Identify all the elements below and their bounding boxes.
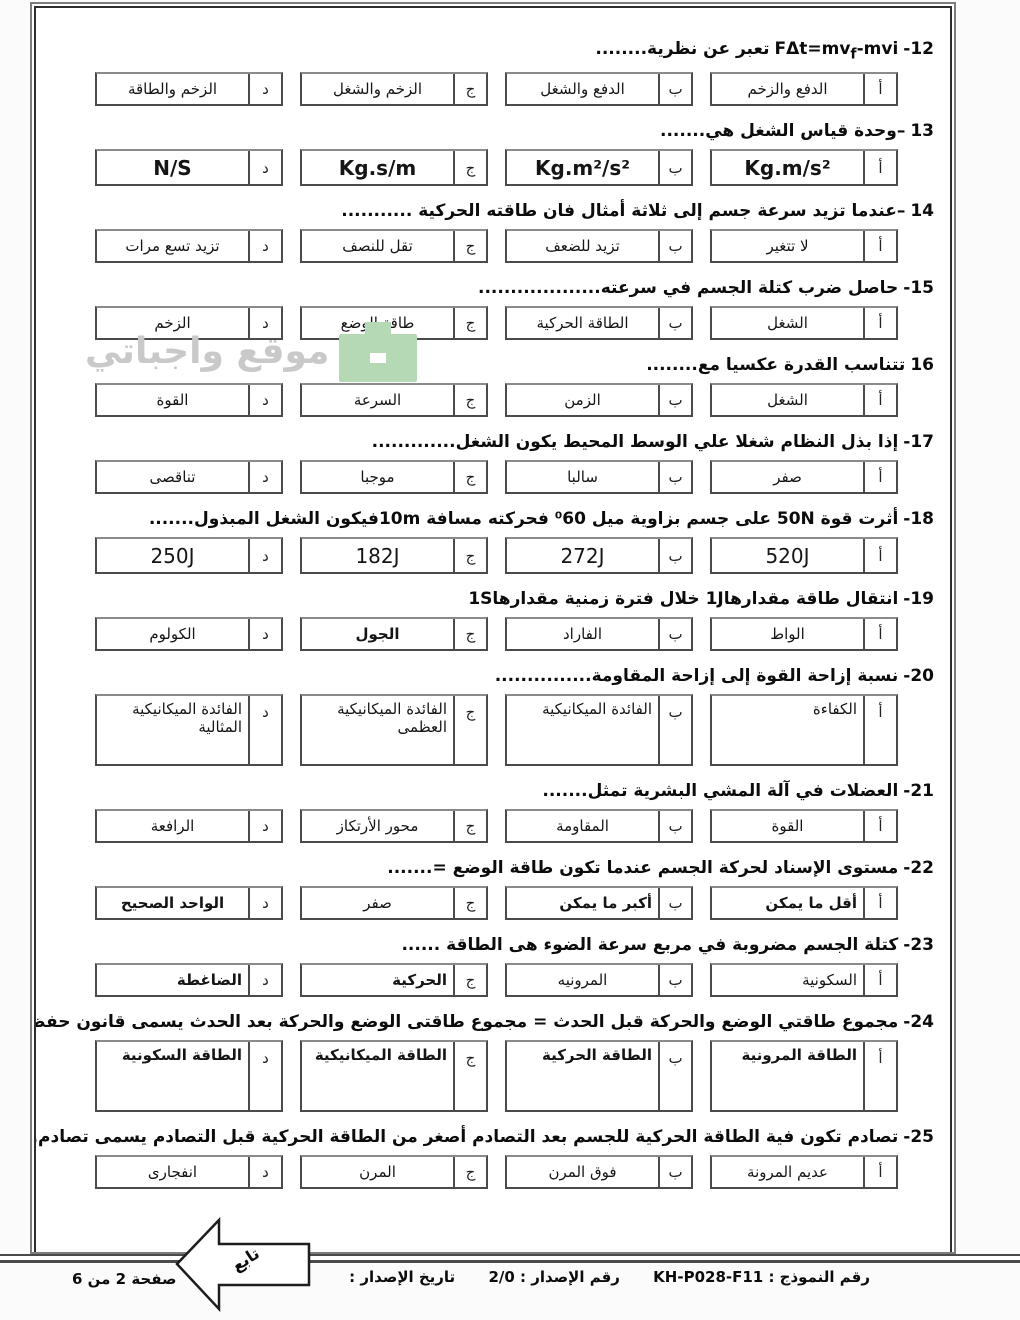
option-text: الشغل	[712, 385, 863, 415]
question-text: حاصل ضرب كتلة الجسم في سرعته............…	[478, 278, 898, 298]
option-text: المرونيه	[507, 965, 658, 995]
option-letter: ب	[658, 462, 691, 492]
option-text: صفر	[302, 888, 453, 918]
option-text: الفائدة الميكانيكية	[507, 696, 658, 764]
option-text: الزخم والطاقة	[97, 74, 248, 104]
option-q14-أ[interactable]: ألا تتغير	[710, 229, 898, 263]
question-number: -23	[903, 935, 934, 955]
question-q24: -24مجموع طاقتي الوضع والحركة قبل الحدث =…	[46, 1011, 940, 1112]
option-q16-د[interactable]: دالقوة	[95, 383, 283, 417]
option-q25-أ[interactable]: أعديم المرونة	[710, 1155, 898, 1189]
option-q24-أ[interactable]: أالطاقة المرونية	[710, 1040, 898, 1112]
option-text: تزيد تسع مرات	[97, 231, 248, 261]
question-header: -18أثرت قوة 50N على جسم بزاوية ميل ⁰60 ف…	[46, 508, 934, 530]
option-letter: أ	[863, 74, 896, 104]
option-q12-ج[interactable]: جالزخم والشغل	[300, 72, 488, 106]
option-q23-أ[interactable]: أالسكونية	[710, 963, 898, 997]
option-q13-د[interactable]: دN/S	[95, 149, 283, 186]
option-letter: ب	[658, 151, 691, 184]
option-text: تزيد للضعف	[507, 231, 658, 261]
option-text: طاقة الوضع	[302, 308, 453, 338]
question-header: -12FΔt=mvf-mviتعبر عن نظرية........	[46, 38, 934, 65]
option-text: Kg.m²/s²	[507, 151, 658, 184]
option-text: السكونية	[712, 965, 863, 995]
footer-info: رقم النموذج : KH-P028-F11 رقم الإصدار : …	[321, 1268, 870, 1286]
question-q13: 13–وحدة قياس الشغل هي.......أKg.m/s²بKg.…	[46, 120, 940, 186]
question-q22: -22مستوى الإسناد لحركة الجسم عندما تكون …	[46, 857, 940, 920]
option-q20-ج[interactable]: جالفائدة الميكانيكية العظمى	[300, 694, 488, 766]
question-header: 13–وحدة قياس الشغل هي.......	[46, 120, 934, 142]
options-row: أالشغلبالزمنجالسرعةدالقوة	[86, 383, 898, 417]
option-text: أكبر ما يمكن	[507, 888, 658, 918]
option-letter: أ	[863, 888, 896, 918]
question-q21: -21العضلات في آلة المشي البشرية تمثل....…	[46, 780, 940, 843]
option-letter: د	[248, 619, 281, 649]
question-number: -12	[903, 39, 934, 59]
option-letter: ج	[453, 462, 486, 492]
question-number: -24	[903, 1012, 934, 1032]
option-q20-ب[interactable]: بالفائدة الميكانيكية	[505, 694, 693, 766]
question-text: تصادم تكون فية الطاقة الحركية للجسم بعد …	[34, 1127, 898, 1147]
option-letter: د	[248, 539, 281, 572]
question-text: إذا بذل النظام شغلا علي الوسط المحيط يكو…	[372, 432, 899, 452]
question-text: –عندما تزيد سرعة جسم إلى ثلاثة أمثال فان…	[341, 201, 905, 221]
option-q24-ب[interactable]: بالطاقة الحركية	[505, 1040, 693, 1112]
option-letter: ب	[658, 696, 691, 764]
option-text: 250J	[97, 539, 248, 572]
options-row: أالكفاءةبالفائدة الميكانيكيةجالفائدة الم…	[86, 694, 898, 766]
option-q19-ج[interactable]: جالجول	[300, 617, 488, 651]
question-text: انتقال طاقة مقدارها1J خلال فترة زمنية مق…	[468, 589, 898, 609]
option-letter: ج	[453, 888, 486, 918]
question-header: -17إذا بذل النظام شغلا علي الوسط المحيط …	[46, 431, 934, 453]
option-text: الدفع والزخم	[712, 74, 863, 104]
option-q21-ج[interactable]: جمحور الأرتكاز	[300, 809, 488, 843]
option-letter: ج	[453, 965, 486, 995]
option-q17-أ[interactable]: أصفر	[710, 460, 898, 494]
option-letter: أ	[863, 965, 896, 995]
option-text: الزخم	[97, 308, 248, 338]
option-text: الطاقة الحركية	[507, 308, 658, 338]
option-q25-ج[interactable]: جالمرن	[300, 1155, 488, 1189]
page-frame-inner: -12FΔt=mvf-mviتعبر عن نظرية........أالدف…	[34, 6, 952, 1252]
option-text: سالبا	[507, 462, 658, 492]
option-letter: ج	[453, 308, 486, 338]
question-header: -20نسبة إزاحة القوة إلى إزاحة المقاومة..…	[46, 665, 934, 687]
option-letter: أ	[863, 1042, 896, 1110]
option-letter: ب	[658, 888, 691, 918]
question-text: تعبر عن نظرية........	[595, 39, 769, 59]
option-q23-ج[interactable]: جالحركية	[300, 963, 488, 997]
option-text: الشغل	[712, 308, 863, 338]
question-header: 16تتناسب القدرة عكسيا مع........	[46, 354, 934, 376]
option-q25-د[interactable]: دانفجارى	[95, 1155, 283, 1189]
option-text: 182J	[302, 539, 453, 572]
footer-issue-date: تاريخ الإصدار :	[349, 1268, 455, 1286]
option-letter: أ	[863, 619, 896, 649]
option-text: الواط	[712, 619, 863, 649]
option-text: الطاقة الحركية	[507, 1042, 658, 1110]
question-text: مجموع طاقتي الوضع والحركة قبل الحدث = مج…	[34, 1012, 898, 1032]
options-row: أصفربسالباجموجبادتناقصى	[86, 460, 898, 494]
question-q12: -12FΔt=mvf-mviتعبر عن نظرية........أالدف…	[46, 38, 940, 106]
question-q15: -15حاصل ضرب كتلة الجسم في سرعته.........…	[46, 277, 940, 340]
option-letter: د	[248, 1157, 281, 1187]
question-number: -20	[903, 666, 934, 686]
option-letter: د	[248, 308, 281, 338]
question-text: تتناسب القدرة عكسيا مع........	[646, 355, 905, 375]
option-text: 520J	[712, 539, 863, 572]
option-q18-ج[interactable]: ج182J	[300, 537, 488, 574]
option-text: الكولوم	[97, 619, 248, 649]
option-text: الطاقة المرونية	[712, 1042, 863, 1110]
question-number: 16	[910, 355, 934, 375]
question-text: أثرت قوة 50N على جسم بزاوية ميل ⁰60 فحرك…	[149, 509, 898, 529]
option-q23-د[interactable]: دالضاغطة	[95, 963, 283, 997]
questions-area: -12FΔt=mvf-mviتعبر عن نظرية........أالدف…	[36, 8, 950, 1252]
option-text: تناقصى	[97, 462, 248, 492]
option-letter: د	[248, 696, 281, 764]
option-letter: ج	[453, 811, 486, 841]
option-text: صفر	[712, 462, 863, 492]
footer-form-number: رقم النموذج : KH-P028-F11	[653, 1268, 870, 1286]
option-q13-ج[interactable]: جKg.s/m	[300, 149, 488, 186]
question-number: 13	[910, 121, 934, 141]
option-text: أقل ما يمكن	[712, 888, 863, 918]
option-q18-د[interactable]: د250J	[95, 537, 283, 574]
option-q15-ج[interactable]: جطاقة الوضع	[300, 306, 488, 340]
options-row: أالواطبالفارادجالجولدالكولوم	[86, 617, 898, 651]
question-q19: -19انتقال طاقة مقدارها1J خلال فترة زمنية…	[46, 588, 940, 651]
footer-rule	[0, 1254, 1020, 1263]
option-q16-ب[interactable]: بالزمن	[505, 383, 693, 417]
question-header: 14–عندما تزيد سرعة جسم إلى ثلاثة أمثال ف…	[46, 200, 934, 222]
option-text: انفجارى	[97, 1157, 248, 1187]
option-text: الكفاءة	[712, 696, 863, 764]
option-letter: د	[248, 1042, 281, 1110]
option-letter: د	[248, 74, 281, 104]
option-q14-د[interactable]: دتزيد تسع مرات	[95, 229, 283, 263]
question-q16: 16تتناسب القدرة عكسيا مع........أالشغلبا…	[46, 354, 940, 417]
option-text: 272J	[507, 539, 658, 572]
option-letter: أ	[863, 308, 896, 338]
option-letter: د	[248, 965, 281, 995]
option-text: الزمن	[507, 385, 658, 415]
option-text: الرافعة	[97, 811, 248, 841]
option-text: الجول	[302, 619, 453, 649]
option-text: الواحد الصحيح	[97, 888, 248, 918]
option-q21-ب[interactable]: بالمقاومة	[505, 809, 693, 843]
option-text: الطاقة الميكانيكية	[302, 1042, 453, 1110]
question-number: -18	[903, 509, 934, 529]
question-number: -17	[903, 432, 934, 452]
option-q12-ب[interactable]: بالدفع والشغل	[505, 72, 693, 106]
option-q24-د[interactable]: دالطاقة السكونية	[95, 1040, 283, 1112]
option-text: فوق المرن	[507, 1157, 658, 1187]
option-letter: ب	[658, 811, 691, 841]
option-text: الحركية	[302, 965, 453, 995]
question-text: نسبة إزاحة القوة إلى إزاحة المقاومة.....…	[495, 666, 899, 686]
option-text: السرعة	[302, 385, 453, 415]
question-q18: -18أثرت قوة 50N على جسم بزاوية ميل ⁰60 ف…	[46, 508, 940, 574]
option-letter: ب	[658, 385, 691, 415]
option-q16-أ[interactable]: أالشغل	[710, 383, 898, 417]
option-q13-ب[interactable]: بKg.m²/s²	[505, 149, 693, 186]
question-text: كتلة الجسم مضروبة في مربع سرعة الضوء هى …	[401, 935, 898, 955]
option-letter: أ	[863, 385, 896, 415]
option-q21-أ[interactable]: أالقوة	[710, 809, 898, 843]
options-row: أالشغلبالطاقة الحركيةجطاقة الوضعدالزخم	[86, 306, 898, 340]
question-formula: FΔt=mvf-mvi	[774, 39, 898, 59]
question-q17: -17إذا بذل النظام شغلا علي الوسط المحيط …	[46, 431, 940, 494]
option-q19-ب[interactable]: بالفاراد	[505, 617, 693, 651]
option-q17-ب[interactable]: بسالبا	[505, 460, 693, 494]
option-letter: د	[248, 888, 281, 918]
option-q12-أ[interactable]: أالدفع والزخم	[710, 72, 898, 106]
option-letter: ب	[658, 74, 691, 104]
option-text: الضاغطة	[97, 965, 248, 995]
question-header: -15حاصل ضرب كتلة الجسم في سرعته.........…	[46, 277, 934, 299]
option-letter: ج	[453, 74, 486, 104]
options-row: أKg.m/s²بKg.m²/s²جKg.s/mدN/S	[86, 149, 898, 186]
option-letter: ب	[658, 1042, 691, 1110]
option-letter: ج	[453, 696, 486, 764]
option-text: N/S	[97, 151, 248, 184]
question-header: -23كتلة الجسم مضروبة في مربع سرعة الضوء …	[46, 934, 934, 956]
option-letter: ج	[453, 539, 486, 572]
option-q15-د[interactable]: دالزخم	[95, 306, 283, 340]
options-row: أالقوةبالمقاومةجمحور الأرتكازدالرافعة	[86, 809, 898, 843]
option-letter: ج	[453, 385, 486, 415]
option-letter: د	[248, 811, 281, 841]
question-header: -21العضلات في آلة المشي البشرية تمثل....…	[46, 780, 934, 802]
option-q22-ب[interactable]: بأكبر ما يمكن	[505, 886, 693, 920]
option-q22-أ[interactable]: أأقل ما يمكن	[710, 886, 898, 920]
option-text: القوة	[712, 811, 863, 841]
option-q16-ج[interactable]: جالسرعة	[300, 383, 488, 417]
option-letter: ب	[658, 539, 691, 572]
option-letter: ب	[658, 619, 691, 649]
option-letter: ب	[658, 1157, 691, 1187]
option-q22-د[interactable]: دالواحد الصحيح	[95, 886, 283, 920]
option-letter: ب	[658, 231, 691, 261]
option-text: القوة	[97, 385, 248, 415]
option-text: المقاومة	[507, 811, 658, 841]
continue-arrow[interactable]: تابع	[173, 1214, 313, 1316]
option-q24-ج[interactable]: جالطاقة الميكانيكية	[300, 1040, 488, 1112]
question-number: 14	[910, 201, 934, 221]
question-q14: 14–عندما تزيد سرعة جسم إلى ثلاثة أمثال ف…	[46, 200, 940, 263]
option-letter: ج	[453, 151, 486, 184]
option-letter: أ	[863, 462, 896, 492]
option-text: المرن	[302, 1157, 453, 1187]
option-letter: ب	[658, 308, 691, 338]
question-number: -19	[903, 589, 934, 609]
option-letter: ج	[453, 1157, 486, 1187]
option-q19-أ[interactable]: أالواط	[710, 617, 898, 651]
option-text: لا تتغير	[712, 231, 863, 261]
option-letter: ج	[453, 1042, 486, 1110]
option-letter: أ	[863, 811, 896, 841]
options-row: أعديم المرونةبفوق المرنجالمرندانفجارى	[86, 1155, 898, 1189]
option-letter: أ	[863, 1157, 896, 1187]
options-row: أأقل ما يمكنبأكبر ما يمكنجصفردالواحد الص…	[86, 886, 898, 920]
option-q23-ب[interactable]: بالمرونيه	[505, 963, 693, 997]
option-text: عديم المرونة	[712, 1157, 863, 1187]
option-letter: د	[248, 385, 281, 415]
question-text: العضلات في آلة المشي البشرية تمثل.......	[542, 781, 898, 801]
option-q22-ج[interactable]: جصفر	[300, 886, 488, 920]
options-row: أالدفع والزخمبالدفع والشغلجالزخم والشغلد…	[86, 72, 898, 106]
option-q14-ب[interactable]: بتزيد للضعف	[505, 229, 693, 263]
option-q15-أ[interactable]: أالشغل	[710, 306, 898, 340]
option-q25-ب[interactable]: بفوق المرن	[505, 1155, 693, 1189]
question-header: -24مجموع طاقتي الوضع والحركة قبل الحدث =…	[46, 1011, 934, 1033]
option-text: محور الأرتكاز	[302, 811, 453, 841]
options-row: أالسكونيةبالمرونيهجالحركيةدالضاغطة	[86, 963, 898, 997]
option-q15-ب[interactable]: بالطاقة الحركية	[505, 306, 693, 340]
option-letter: د	[248, 151, 281, 184]
option-letter: أ	[863, 539, 896, 572]
option-q21-د[interactable]: دالرافعة	[95, 809, 283, 843]
question-number: -15	[903, 278, 934, 298]
option-q19-د[interactable]: دالكولوم	[95, 617, 283, 651]
option-text: الفائدة الميكانيكية المثالية	[97, 696, 248, 764]
question-header: -25تصادم تكون فية الطاقة الحركية للجسم ب…	[46, 1126, 934, 1148]
option-letter: ب	[658, 965, 691, 995]
option-letter: د	[248, 462, 281, 492]
question-text: مستوى الإسناد لحركة الجسم عندما تكون طاق…	[387, 858, 898, 878]
option-text: الزخم والشغل	[302, 74, 453, 104]
options-row: أالطاقة المرونيةبالطاقة الحركيةجالطاقة ا…	[86, 1040, 898, 1112]
page-number: صفحة 2 من 6	[72, 1270, 177, 1288]
option-letter: أ	[863, 151, 896, 184]
option-q18-ب[interactable]: ب272J	[505, 537, 693, 574]
option-q12-د[interactable]: دالزخم والطاقة	[95, 72, 283, 106]
option-text: الفائدة الميكانيكية العظمى	[302, 696, 453, 764]
option-q20-د[interactable]: دالفائدة الميكانيكية المثالية	[95, 694, 283, 766]
question-header: -19انتقال طاقة مقدارها1J خلال فترة زمنية…	[46, 588, 934, 610]
option-text: الطاقة السكونية	[97, 1042, 248, 1110]
option-text: موجبا	[302, 462, 453, 492]
option-letter: د	[248, 231, 281, 261]
question-number: -22	[903, 858, 934, 878]
question-q20: -20نسبة إزاحة القوة إلى إزاحة المقاومة..…	[46, 665, 940, 766]
option-q14-ج[interactable]: جتقل للنصف	[300, 229, 488, 263]
option-q13-أ[interactable]: أKg.m/s²	[710, 149, 898, 186]
option-letter: ج	[453, 619, 486, 649]
page-frame: -12FΔt=mvf-mviتعبر عن نظرية........أالدف…	[30, 2, 956, 1254]
options-row: أ520Jب272Jج182Jد250J	[86, 537, 898, 574]
option-text: الدفع والشغل	[507, 74, 658, 104]
option-q18-أ[interactable]: أ520J	[710, 537, 898, 574]
footer-issue-number: رقم الإصدار : 2/0	[488, 1268, 620, 1286]
option-text: Kg.m/s²	[712, 151, 863, 184]
question-number: -21	[903, 781, 934, 801]
options-row: ألا تتغيربتزيد للضعفجتقل للنصفدتزيد تسع …	[86, 229, 898, 263]
option-q17-د[interactable]: دتناقصى	[95, 460, 283, 494]
question-q23: -23كتلة الجسم مضروبة في مربع سرعة الضوء …	[46, 934, 940, 997]
option-text: Kg.s/m	[302, 151, 453, 184]
option-letter: أ	[863, 231, 896, 261]
option-letter: ج	[453, 231, 486, 261]
option-text: تقل للنصف	[302, 231, 453, 261]
question-number: -25	[903, 1127, 934, 1147]
question-text: –وحدة قياس الشغل هي.......	[660, 121, 905, 141]
option-text: الفاراد	[507, 619, 658, 649]
option-letter: أ	[863, 696, 896, 764]
question-header: -22مستوى الإسناد لحركة الجسم عندما تكون …	[46, 857, 934, 879]
question-q25: -25تصادم تكون فية الطاقة الحركية للجسم ب…	[46, 1126, 940, 1189]
option-q20-أ[interactable]: أالكفاءة	[710, 694, 898, 766]
option-q17-ج[interactable]: جموجبا	[300, 460, 488, 494]
